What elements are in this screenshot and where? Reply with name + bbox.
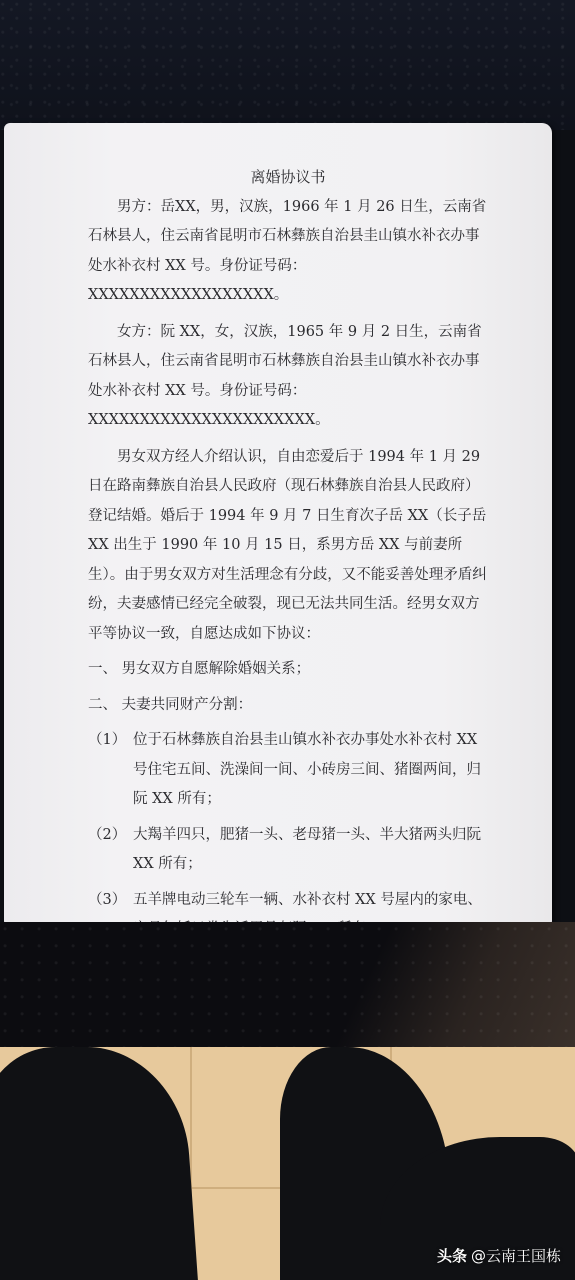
paragraph-marriage-history: 男女双方经人介绍认识，自由恋爱后于 1994 年 1 月 29 日在路南彝族自治…	[88, 443, 488, 650]
document-paper: 离婚协议书 男方：岳XX，男，汉族，1966 年 1 月 26 日生，云南省石林…	[4, 123, 552, 923]
sub-item-text: 位于石林彝族自治县圭山镇水补衣办事处水补衣村 XX 号住宅五间、洗澡间一间、小砖…	[133, 726, 488, 815]
watermark: 头条@云南王国栋	[437, 1245, 561, 1266]
left-leg-trousers	[0, 1047, 198, 1280]
paragraph-female-party: 女方：阮 XX，女，汉族，1965 年 9 月 2 日生，云南省石林县人，住云南…	[88, 318, 488, 436]
clause-2-property-division: 二、 夫妻共同财产分割：	[88, 691, 488, 721]
sub-item-number: （2）	[88, 821, 138, 880]
watermark-platform: 头条	[437, 1247, 467, 1265]
divorce-agreement: 离婚协议书 男方：岳XX，男，汉族，1966 年 1 月 26 日生，云南省石林…	[88, 163, 488, 980]
paragraph-male-party: 男方：岳XX，男，汉族，1966 年 1 月 26 日生，云南省石林县人，住云南…	[88, 193, 488, 311]
sub-item-number: （1）	[88, 726, 138, 815]
watermark-handle: @云南王国栋	[471, 1247, 561, 1265]
document-title: 离婚协议书	[88, 163, 488, 193]
granite-countertop-edge	[0, 922, 575, 1050]
sub-item-text: 大羯羊四只，肥猪一头、老母猪一头、半大猪两头归阮 XX 所有；	[133, 821, 488, 880]
clause-1-dissolve-marriage: 一、 男女双方自愿解除婚姻关系；	[88, 655, 488, 685]
sub-item-1: （1） 位于石林彝族自治县圭山镇水补衣办事处水补衣村 XX 号住宅五间、洗澡间一…	[88, 726, 488, 815]
granite-countertop-top	[0, 0, 575, 130]
sub-item-2: （2） 大羯羊四只，肥猪一头、老母猪一头、半大猪两头归阮 XX 所有；	[88, 821, 488, 880]
